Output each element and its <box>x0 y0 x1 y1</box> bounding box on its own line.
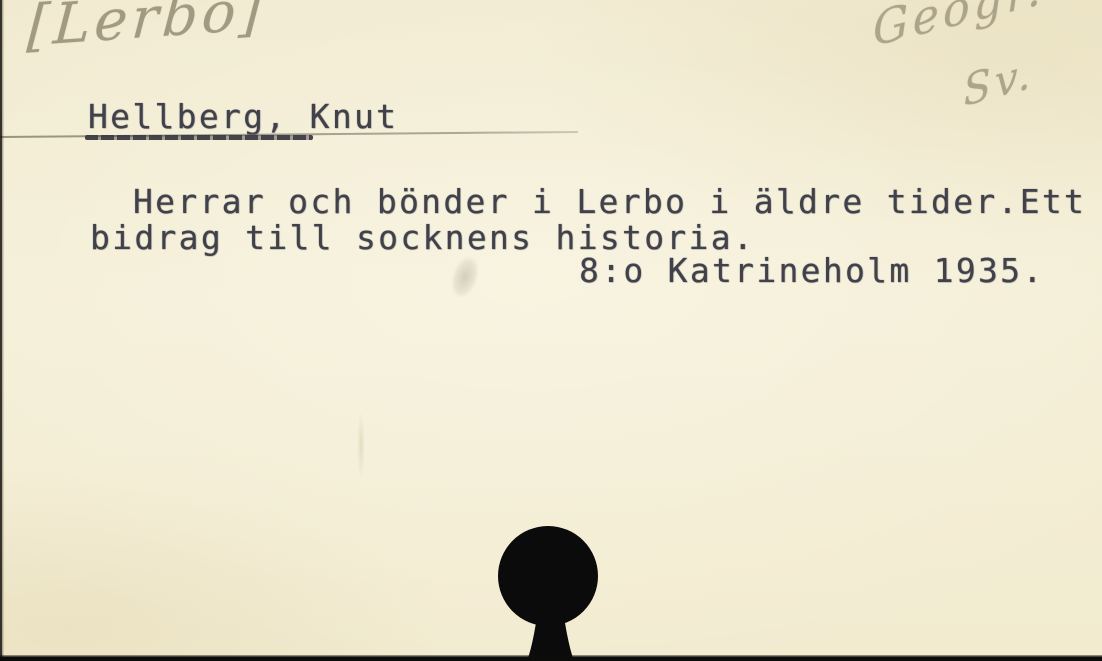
card-body-line-1: Herrar och bönder i Lerbo i äldre tider.… <box>133 183 1086 221</box>
paper-crease <box>356 400 366 490</box>
catalog-card: [Lerbo] Geogr. Sv. Hellberg, Knut Herrar… <box>0 0 1102 661</box>
card-heading-author: Hellberg, Knut <box>88 98 398 136</box>
handwritten-annotation-geogr: Geogr. <box>872 0 1045 57</box>
handwritten-annotation-sv: Sv. <box>962 47 1035 116</box>
handwritten-annotation-top-left: [Lerbo] <box>25 0 267 59</box>
scan-edge-bottom <box>0 655 1102 661</box>
heading-typed-underline <box>85 135 313 140</box>
card-imprint-line: 8:o Katrineholm 1935. <box>579 252 1045 290</box>
scan-edge-left <box>0 0 4 661</box>
